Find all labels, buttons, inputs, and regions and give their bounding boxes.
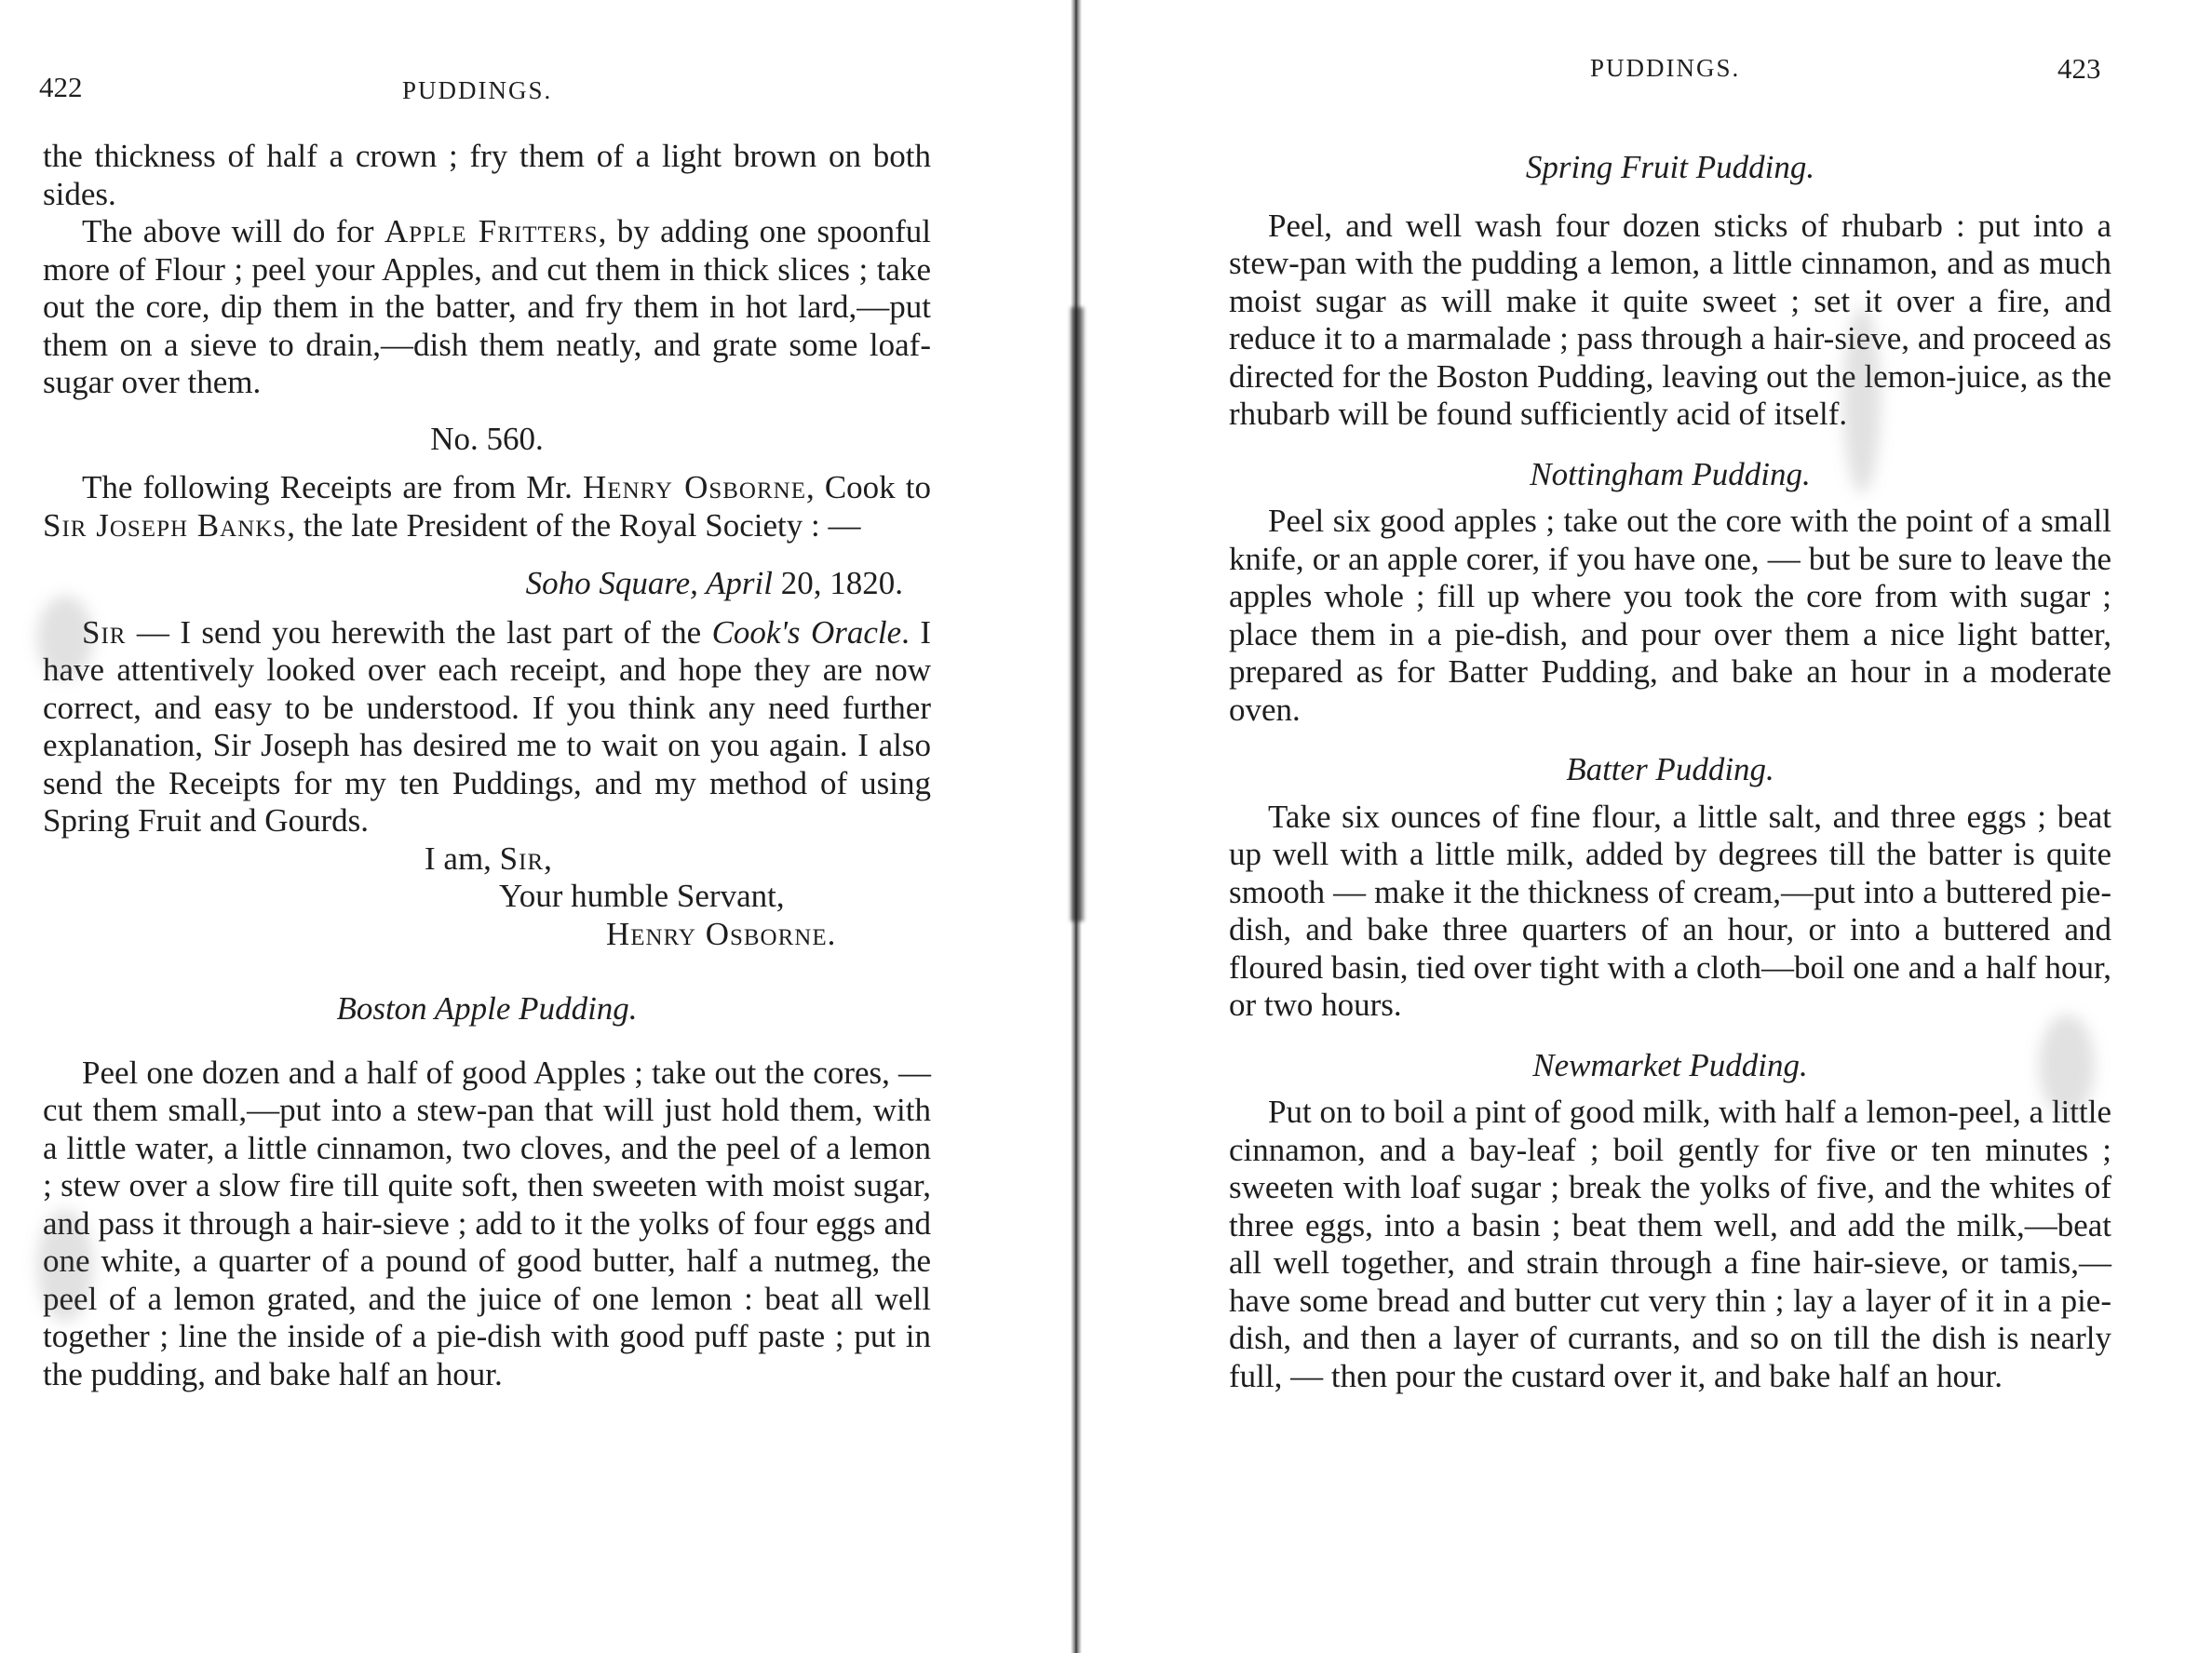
apple-fritters-term: Apple Fritters (384, 213, 599, 249)
text-run: , Cook to (806, 469, 931, 505)
recipe-title: Nottingham Pudding. (1229, 456, 2111, 494)
continuation-paragraph: the thickness of half a crown ; fry them… (43, 138, 931, 213)
letter-body: Sir — I send you herewith the last part … (43, 614, 931, 840)
recipe-title: Boston Apple Pudding. (43, 990, 931, 1028)
left-page: 422 PUDDINGS. the thickness of half a cr… (0, 0, 1076, 1653)
signature-name: Henry Osborne (606, 916, 828, 952)
page-stain (37, 596, 93, 679)
running-head-left: PUDDINGS. (402, 76, 552, 105)
text-run: I am, (425, 840, 500, 877)
recipe-title: Batter Pudding. (1229, 751, 2111, 789)
recipe-title: Newmarket Pudding. (1229, 1047, 2111, 1085)
apple-fritters-paragraph: The above will do for Apple Fritters, by… (43, 213, 931, 402)
recipe-body: Peel six good apples ; take out the core… (1229, 503, 2111, 729)
page-stain (37, 1210, 93, 1322)
text-run: — I send you herewith the last part of t… (126, 614, 711, 651)
recipe-title: Spring Fruit Pudding. (1229, 149, 2111, 187)
recipe-body: Put on to boil a pint of good milk, with… (1229, 1094, 2111, 1395)
page-stain (2039, 1015, 2095, 1117)
text-run: Sir (500, 840, 544, 877)
section-number: No. 560. (43, 421, 931, 459)
page-number-left: 422 (39, 71, 83, 104)
book-spread: 422 PUDDINGS. the thickness of half a cr… (0, 0, 2212, 1653)
recipe-body: Peel one dozen and a half of good Apples… (43, 1055, 931, 1394)
left-page-body: the thickness of half a crown ; fry them… (43, 138, 931, 1393)
text-run: The above will do for (82, 213, 384, 249)
recipe-body: Peel, and well wash four dozen sticks of… (1229, 208, 2111, 434)
person-name: Sir Joseph Banks (43, 507, 287, 544)
right-page-body: Spring Fruit Pudding. Peel, and well was… (1229, 149, 2111, 1395)
recipe-body: Take six ounces of fine flour, a little … (1229, 799, 2111, 1025)
text-run: , the late President of the Royal Societ… (287, 507, 860, 544)
letter-dateline: Soho Square, April 20, 1820. (43, 565, 931, 603)
page-number-right: 423 (2057, 52, 2101, 86)
book-title: Cook's Oracle (712, 614, 902, 651)
closing-line-1: I am, Sir, (43, 840, 931, 879)
person-name: Henry Osborne (583, 469, 806, 505)
text-run: . (828, 916, 836, 952)
letter-date: 20, 1820. (773, 565, 903, 601)
text-run: , (544, 840, 552, 877)
page-stain (1843, 307, 1881, 493)
right-page: PUDDINGS. 423 Spring Fruit Pudding. Peel… (1080, 0, 2212, 1653)
signature: Henry Osborne. (43, 916, 931, 954)
letter-place: Soho Square, April (526, 565, 773, 601)
running-head-right: PUDDINGS. (1590, 54, 1740, 83)
text-run: The following Receipts are from Mr. (82, 469, 583, 505)
closing-line-2: Your humble Servant, (43, 878, 931, 916)
intro-paragraph: The following Receipts are from Mr. Henr… (43, 469, 931, 544)
